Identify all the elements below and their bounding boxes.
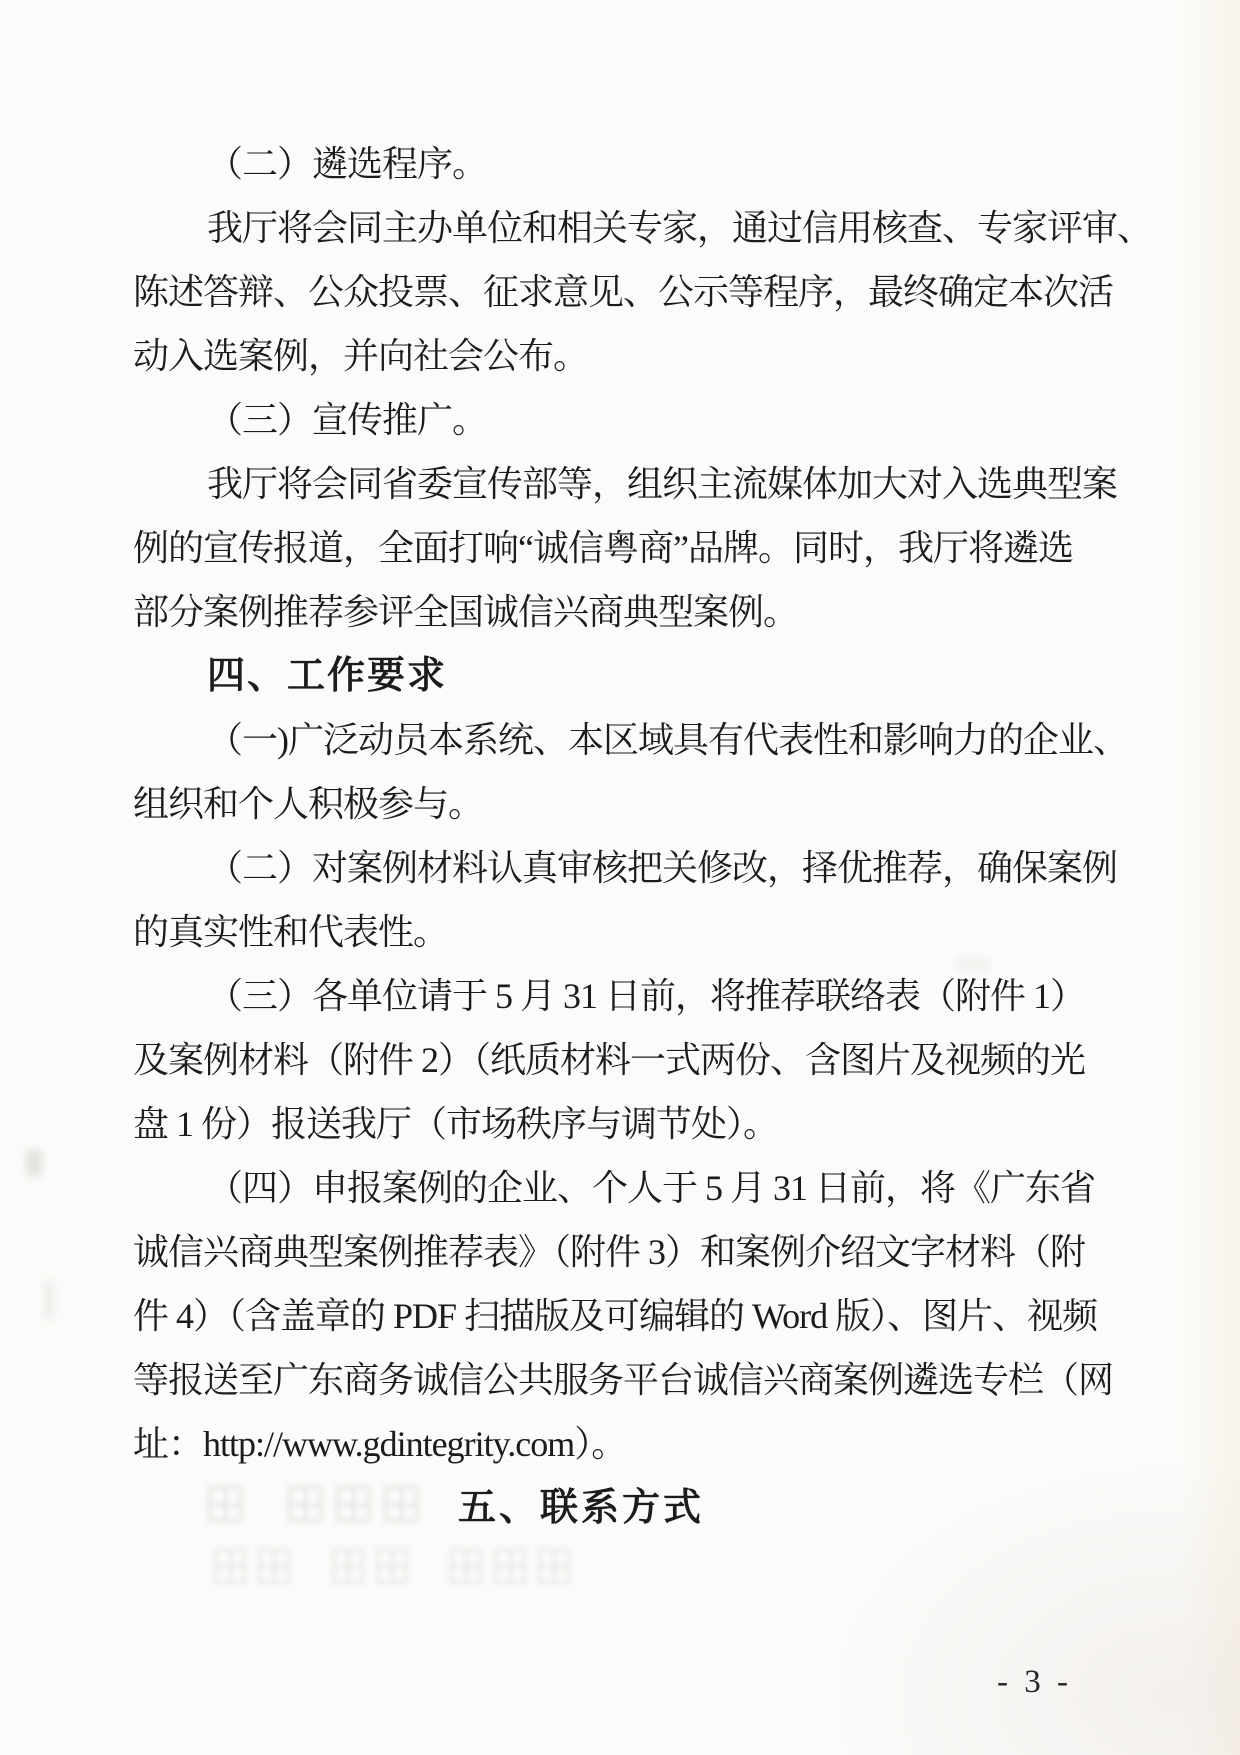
smudge-gap [302, 1551, 320, 1581]
bleed-through-smudge-2 [214, 1548, 570, 1584]
smudge-block [332, 1548, 364, 1584]
text-line: （三）宣传推广。 [133, 388, 1113, 452]
text-line: 等报送至广东商务诚信公共服务平台诚信兴商案例遴选专栏（网 [133, 1348, 1113, 1412]
smudge-block [538, 1548, 570, 1584]
smudge-block [258, 1548, 290, 1584]
page-number: - 3 - [997, 1664, 1072, 1701]
text-line: （二）遴选程序。 [133, 132, 1113, 196]
text-line: 组织和个人积极参与。 [133, 772, 1113, 836]
text-line: 盘 1 份）报送我厅（市场秩序与调节处）。 [133, 1092, 1113, 1156]
text-line: 址：http://www.gdintegrity.com）。 [133, 1412, 1113, 1476]
smudge-gap [420, 1551, 438, 1581]
heading-line: 四、工作要求 [133, 644, 1113, 708]
smudge-block [214, 1548, 246, 1584]
smudge-block [494, 1548, 526, 1584]
text-line: 及案例材料（附件 2）（纸质材料一式两份、含图片及视频的光 [133, 1028, 1113, 1092]
smudge-block [450, 1548, 482, 1584]
text-line: 陈述答辩、公众投票、征求意见、公示等程序，最终确定本次活 [133, 260, 1113, 324]
text-line: （三）各单位请于 5 月 31 日前，将推荐联络表（附件 1） [133, 964, 1113, 1028]
text-line: 例的宣传报道，全面打响“诚信粤商”品牌。同时，我厅将遴选 [133, 516, 1113, 580]
text-line: 动入选案例，并向社会公布。 [133, 324, 1113, 388]
text-line: 件 4）（含盖章的 PDF 扫描版及可编辑的 Word 版）、图片、视频 [133, 1284, 1113, 1348]
text-line: 的真实性和代表性。 [133, 900, 1113, 964]
paper-tint-right [1180, 0, 1240, 1755]
text-line: 诚信兴商典型案例推荐表》（附件 3）和案例介绍文字材料（附 [133, 1220, 1113, 1284]
text-line: （一)广泛动员本系统、本区域具有代表性和影响力的企业、 [133, 708, 1113, 772]
document-lines: （二）遴选程序。我厅将会同主办单位和相关专家，通过信用核查、专家评审、陈述答辩、… [133, 132, 1113, 1540]
scan-edge-smudge [26, 1150, 42, 1176]
scan-edge-smudge [44, 1280, 53, 1320]
text-line: （二）对案例材料认真审核把关修改，择优推荐，确保案例 [133, 836, 1113, 900]
smudge-block [376, 1548, 408, 1584]
text-line: （四）申报案例的企业、个人于 5 月 31 日前，将《广东省 [133, 1156, 1113, 1220]
heading-line: 五、联系方式 [91, 1476, 1071, 1540]
document-page: （二）遴选程序。我厅将会同主办单位和相关专家，通过信用核查、专家评审、陈述答辩、… [0, 0, 1240, 1755]
text-line: 部分案例推荐参评全国诚信兴商典型案例。 [133, 580, 1113, 644]
text-line: 我厅将会同省委宣传部等，组织主流媒体加大对入选典型案 [133, 452, 1113, 516]
text-line: 我厅将会同主办单位和相关专家，通过信用核查、专家评审、 [133, 196, 1113, 260]
